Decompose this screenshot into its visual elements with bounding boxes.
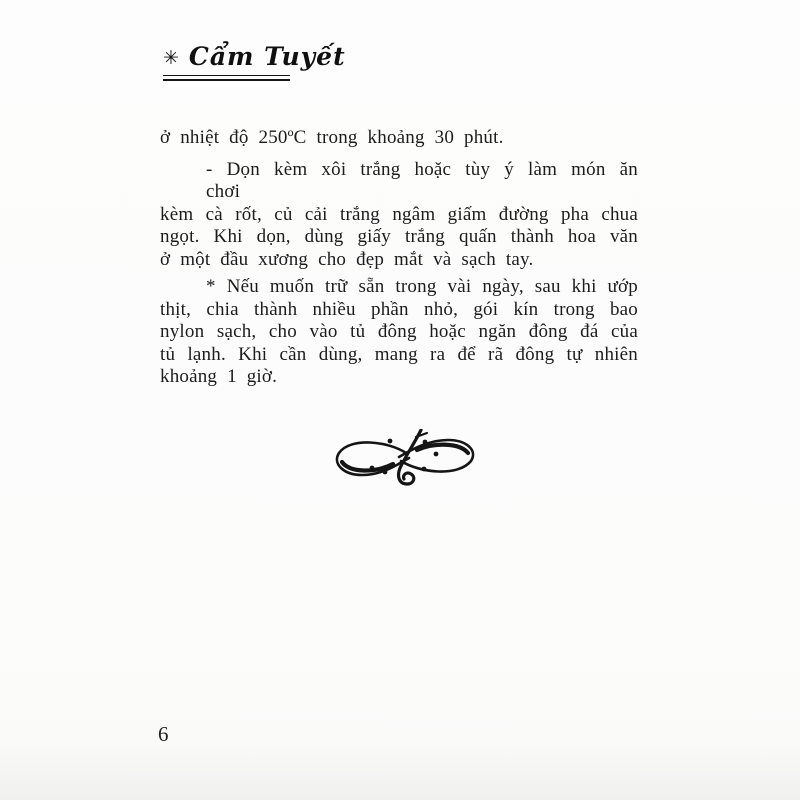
- body-text: ở nhiệt độ 250ºC trong khoảng 30 phút. -…: [160, 127, 638, 398]
- asterisk-icon: ✳: [163, 47, 179, 69]
- text-line: kèm cà rốt, củ cải trắng ngâm giấm đường…: [160, 204, 638, 227]
- header-double-underline: [163, 75, 290, 81]
- paragraph: - Dọn kèm xôi trắng hoặc tùy ý làm món ă…: [160, 159, 638, 272]
- text-line: tủ lạnh. Khi cần dùng, mang ra để rã đôn…: [160, 344, 638, 367]
- text-line: ngọt. Khi dọn, dùng giấy trắng quấn thàn…: [160, 226, 638, 249]
- running-header: ✳ Cẩm Tuyết: [163, 42, 363, 81]
- text-line: nylon sạch, cho vào tủ đông hoặc ngăn đô…: [160, 321, 638, 344]
- text-line: ở nhiệt độ 250ºC trong khoảng 30 phút.: [160, 127, 638, 150]
- text-line: - Dọn kèm xôi trắng hoặc tùy ý làm món ă…: [160, 159, 638, 204]
- book-page: ✳ Cẩm Tuyết ở nhiệt độ 250ºC trong khoản…: [0, 0, 800, 800]
- page-number: 6: [158, 722, 169, 747]
- header-title: Cẩm Tuyết: [189, 42, 346, 71]
- text-line: khoảng 1 giờ.: [160, 366, 638, 389]
- calligraphic-flourish-ornament: [330, 429, 480, 489]
- paragraph: * Nếu muốn trữ sẵn trong vài ngày, sau k…: [160, 276, 638, 389]
- text-line: * Nếu muốn trữ sẵn trong vài ngày, sau k…: [160, 276, 638, 299]
- text-line: thịt, chia thành nhiều phần nhỏ, gói kín…: [160, 299, 638, 322]
- text-line: ở một đầu xương cho đẹp mắt và sạch tay.: [160, 249, 638, 272]
- paragraph: ở nhiệt độ 250ºC trong khoảng 30 phút.: [160, 127, 638, 150]
